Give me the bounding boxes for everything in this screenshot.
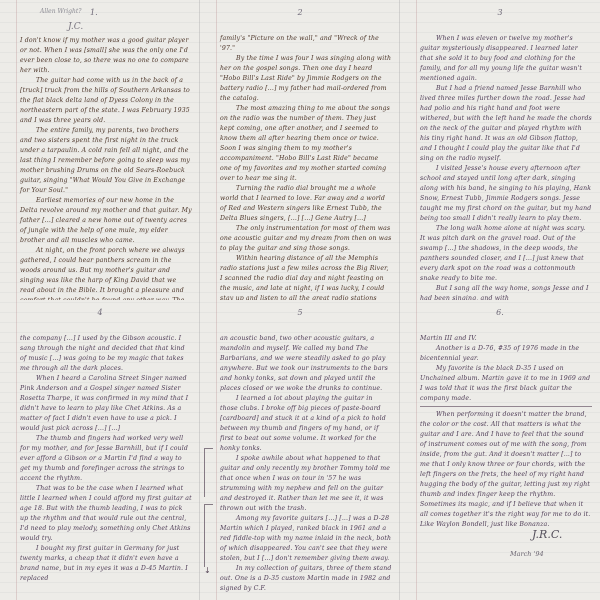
page-number: 4 bbox=[0, 308, 200, 317]
signature: J.R.C. bbox=[532, 528, 562, 541]
paragraph: family's "Picture on the wall," and "Wre… bbox=[220, 34, 392, 54]
page-body: family's "Picture on the wall," and "Wre… bbox=[220, 34, 392, 300]
paragraph: The thumb and fingers had worked very we… bbox=[20, 434, 192, 484]
paragraph: In my collection of guitars, three of th… bbox=[220, 564, 392, 594]
paragraph: Martin III and IV. bbox=[420, 334, 592, 344]
paragraph: My favorite is the black D-35 I used on … bbox=[420, 364, 592, 404]
paragraph: When I was eleven or twelve my mother's … bbox=[420, 34, 592, 84]
page-body: When I was eleven or twelve my mother's … bbox=[420, 34, 592, 300]
paragraph: I learned a lot about playing the guitar… bbox=[220, 394, 392, 454]
paragraph: The most amazing thing to me about the s… bbox=[220, 104, 392, 184]
paragraph: The guitar had come with us in the back … bbox=[20, 76, 192, 126]
paragraph: Turning the radio dial brought me a whol… bbox=[220, 184, 392, 224]
ink-divider-line bbox=[420, 406, 592, 407]
page-number: 1. bbox=[90, 8, 98, 17]
page-body: the company [...] I used by the Gibson a… bbox=[20, 334, 192, 584]
page-body: I don't know if my mother was a good gui… bbox=[20, 36, 192, 300]
paragraph: When I heard a Carolina Street Singer na… bbox=[20, 374, 192, 434]
paragraph: The only instrumentation for most of the… bbox=[220, 224, 392, 254]
page-body: an acoustic band, two other acoustic gui… bbox=[220, 334, 392, 594]
paragraph: The entire family, my parents, two broth… bbox=[20, 126, 192, 196]
paragraph: an acoustic band, two other acoustic gui… bbox=[220, 334, 392, 394]
manuscript-page-2: 2 family's "Picture on the wall," and "W… bbox=[200, 0, 400, 300]
paragraph: Earliest memories of our new home in the… bbox=[20, 196, 192, 246]
paragraph: But I had a friend named Jesse Barnhill … bbox=[420, 84, 592, 164]
paragraph: I bought my first guitar in Germany for … bbox=[20, 544, 192, 584]
paragraph: By the time I was four I was singing alo… bbox=[220, 54, 392, 104]
paragraph: At night, on the front porch where we al… bbox=[20, 246, 192, 300]
signature-date: March '94 bbox=[510, 550, 544, 558]
paragraph: But I sang all the way home, songs Jesse… bbox=[420, 284, 592, 300]
paragraph: Another is a D-76, #35 of 1976 made in t… bbox=[420, 344, 592, 364]
paragraph: I spoke awhile about what happened to th… bbox=[220, 454, 392, 514]
page-number: 5 bbox=[200, 308, 400, 317]
paragraph: That was to be the case when I learned w… bbox=[20, 484, 192, 544]
manuscript-page-4: 4 the company [...] I used by the Gibson… bbox=[0, 300, 200, 600]
manuscript-page-5: 5 ↓ an acoustic band, two other acoustic… bbox=[200, 300, 400, 600]
margin-bracket-mark bbox=[204, 504, 213, 567]
margin-arrow-icon: ↓ bbox=[204, 566, 211, 575]
paragraph: I don't know if my mother was a good gui… bbox=[20, 36, 192, 76]
initials-note: J.C. bbox=[68, 22, 83, 32]
manuscript-sheet: Allen Wright? 1. J.C. I don't know if my… bbox=[0, 0, 600, 600]
paragraph: Within hearing distance of all the Memph… bbox=[220, 254, 392, 300]
page-number: 2 bbox=[200, 8, 400, 17]
paragraph: I visited Jesse's house every afternoon … bbox=[420, 164, 592, 224]
manuscript-page-3: 3 When I was eleven or twelve my mother'… bbox=[400, 0, 600, 300]
page-number: 3 bbox=[400, 8, 600, 17]
margin-bracket-mark bbox=[204, 448, 213, 497]
manuscript-page-6: 6. Martin III and IV. Another is a D-76,… bbox=[400, 300, 600, 600]
paragraph: The long walk home alone at night was sc… bbox=[420, 224, 592, 284]
pencil-note: Allen Wright? bbox=[40, 8, 82, 15]
page-body: Martin III and IV. Another is a D-76, #3… bbox=[420, 334, 592, 530]
paragraph: Among my favorite guitars [...] [...] wa… bbox=[220, 514, 392, 564]
paragraph: When performing it doesn't matter the br… bbox=[420, 410, 592, 530]
paragraph: the company [...] I used by the Gibson a… bbox=[20, 334, 192, 374]
page-number: 6. bbox=[400, 308, 600, 317]
manuscript-page-1: Allen Wright? 1. J.C. I don't know if my… bbox=[0, 0, 200, 300]
